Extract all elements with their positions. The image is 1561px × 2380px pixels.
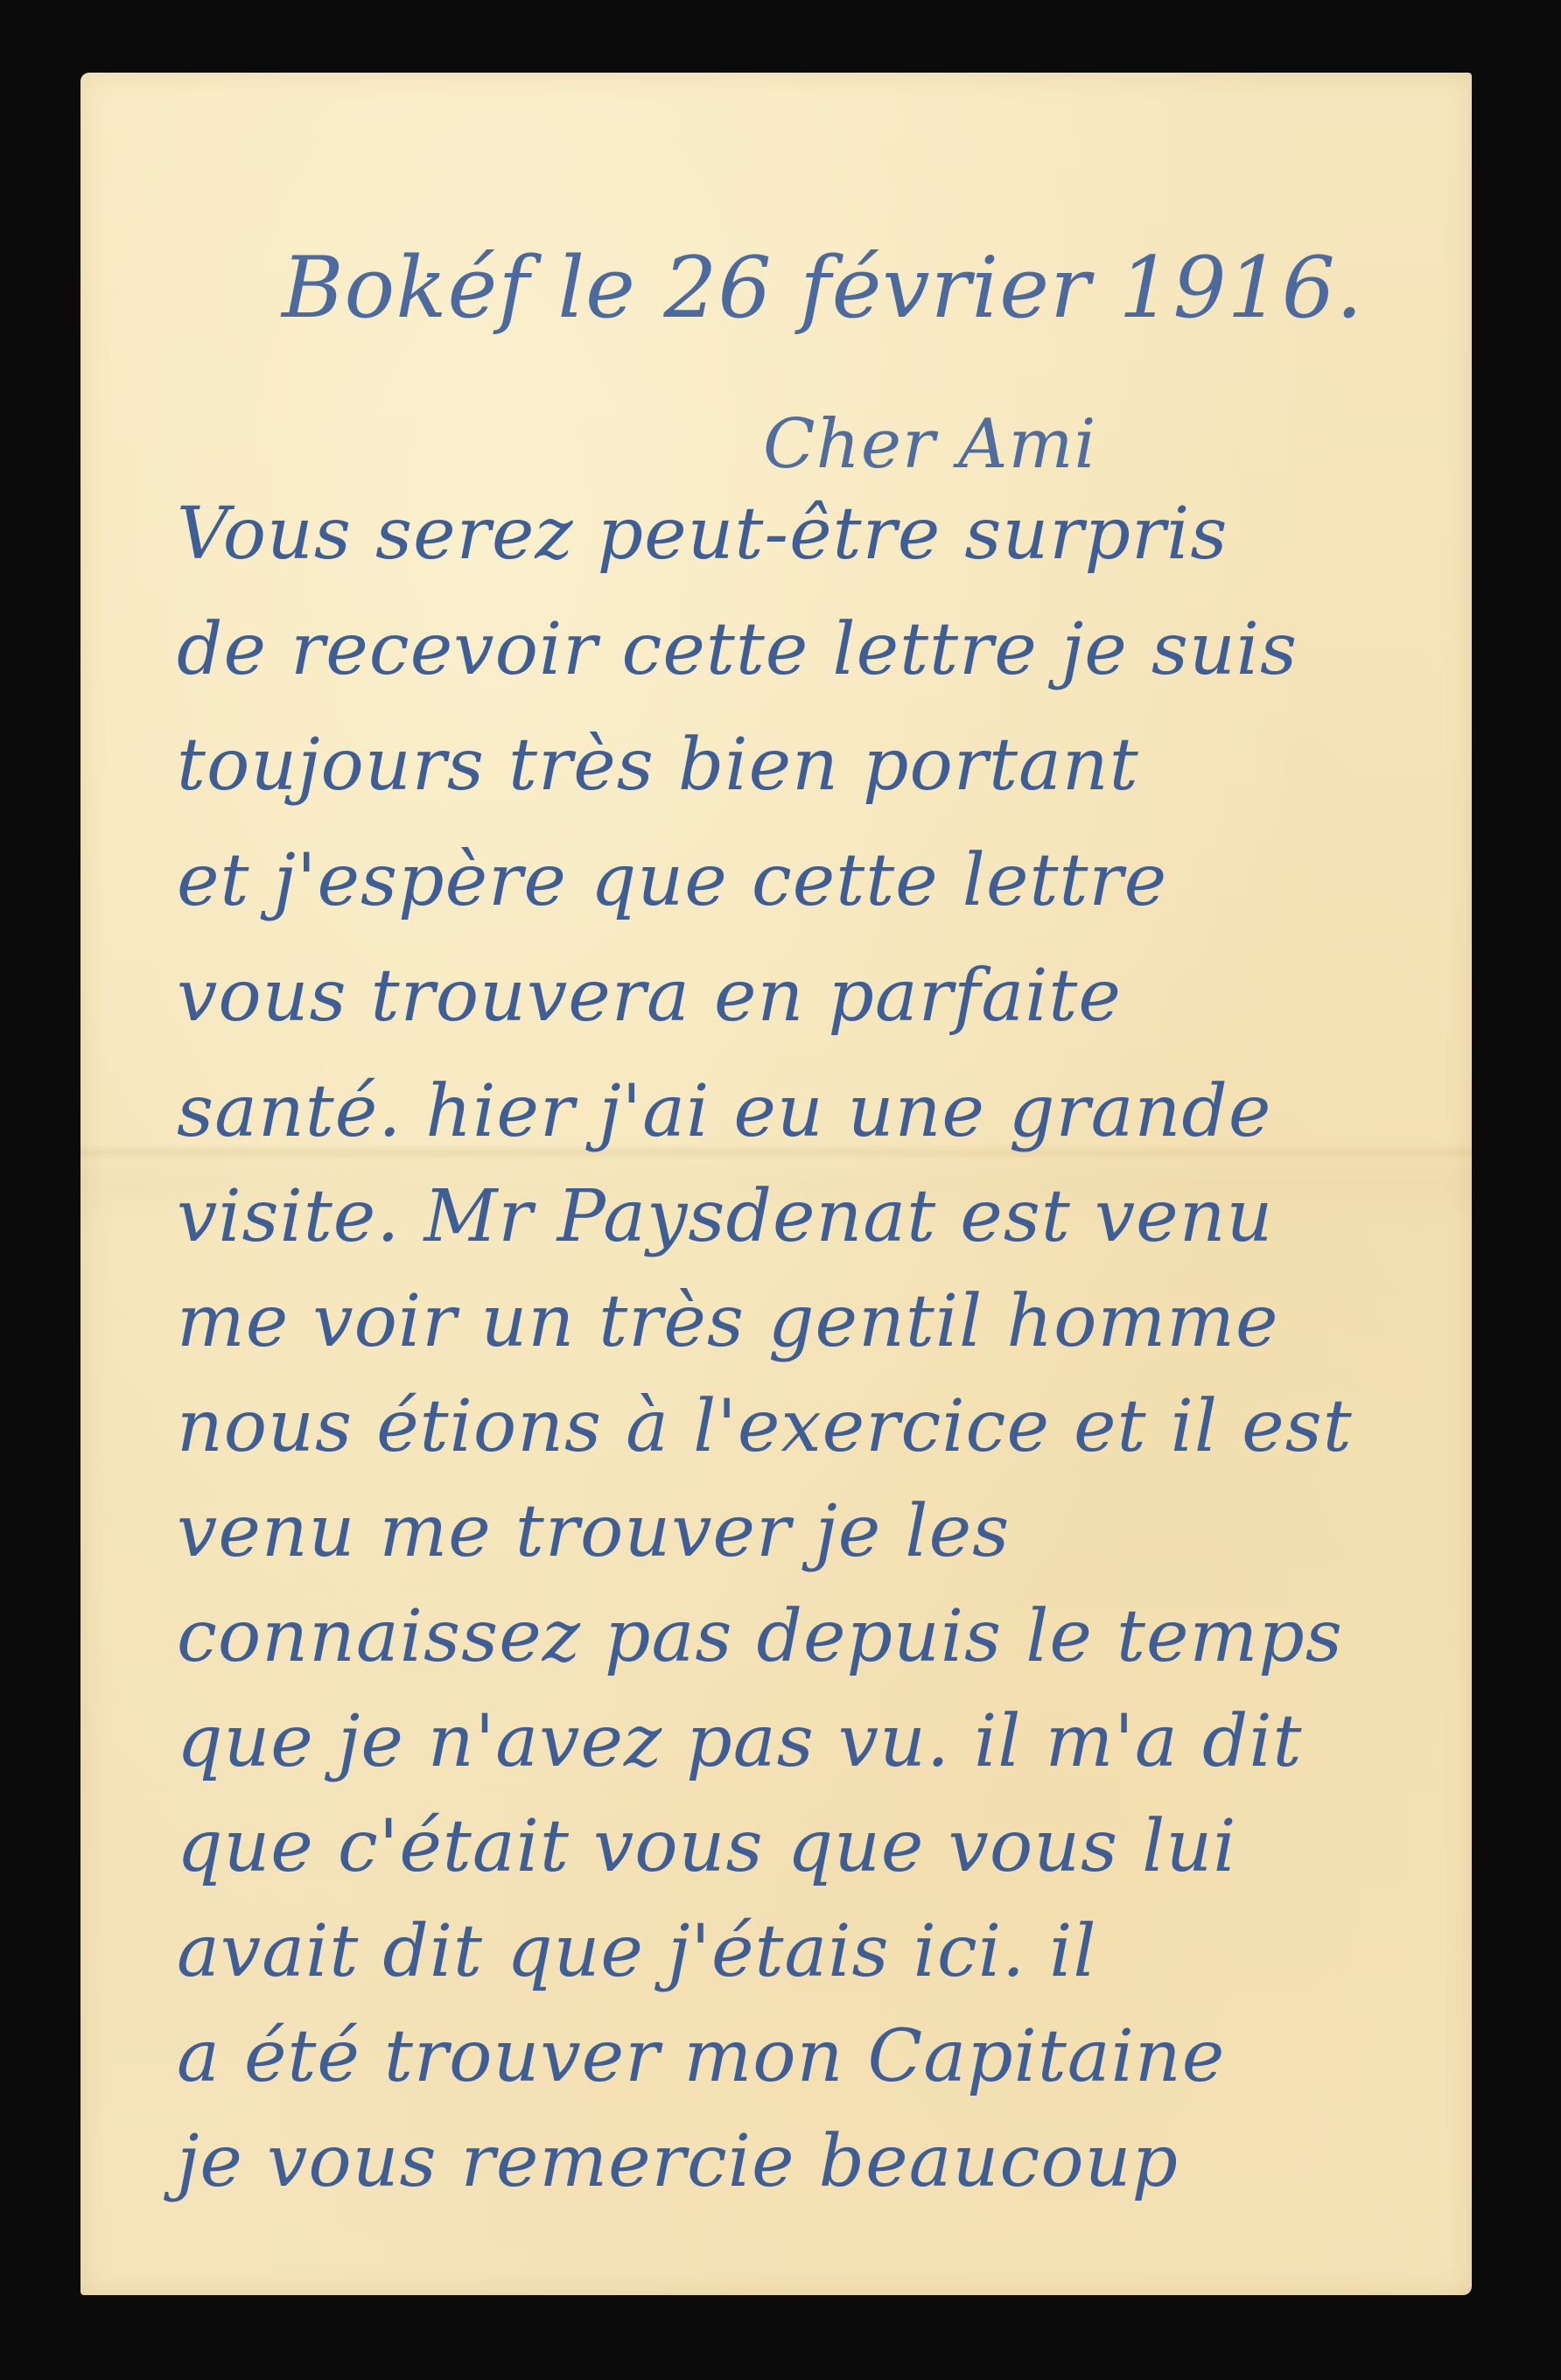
letter-line: connaissez pas depuis le temps [177,1595,1343,1678]
letter-line: que c'était vous que vous lui [177,1805,1236,1888]
letter-line: vous trouvera en parfaite [177,955,1122,1038]
letter-line: je vous remercie beaucoup [177,2120,1179,2203]
letter-line: venu me trouver je les [177,1490,1010,1573]
letter-line: me voir un très gentil homme [177,1280,1279,1363]
letter-line: toujours très bien portant [177,724,1139,807]
letter-line: de recevoir cette lettre je suis [177,608,1298,691]
letter-line: Vous serez peut-être surpris [177,493,1228,576]
letter-line: visite. Mr Paysdenat est venu [177,1175,1273,1258]
letter-line: et j'espère que cette lettre [177,839,1167,922]
letter-line: avait dit que j'étais ici. il [177,1910,1097,1993]
letter-line: a été trouver mon Capitaine [177,2015,1225,2098]
salutation: Cher Ami [763,405,1096,484]
letter-line: nous étions à l'exercice et il est [177,1385,1353,1468]
letter-line: que je n'avez pas vu. il m'a dit [177,1700,1303,1783]
letter-line: santé. hier j'ai eu une grande [177,1070,1271,1153]
letter-paper: Bokéf le 26 février 1916. Cher Ami Vous … [80,73,1472,2295]
place-date-heading: Bokéf le 26 février 1916. [282,239,1363,337]
